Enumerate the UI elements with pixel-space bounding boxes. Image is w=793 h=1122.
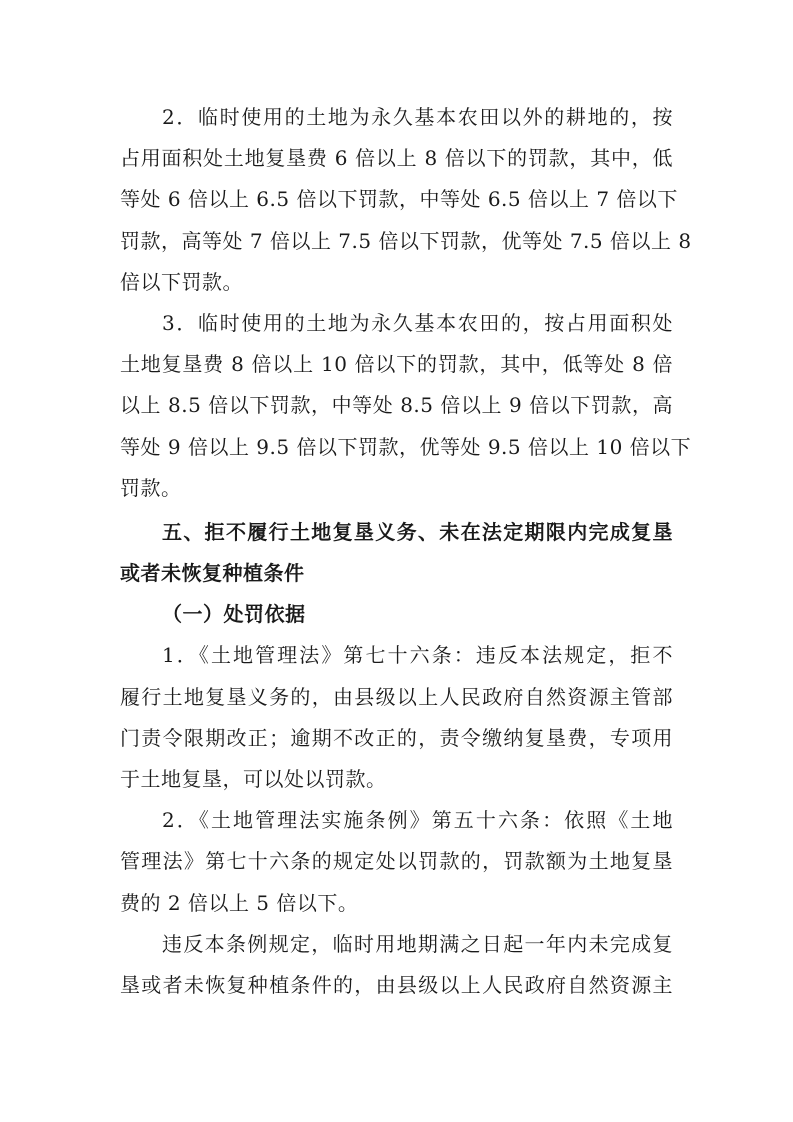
section-heading: 五、拒不履行土地复垦义务、未在法定期限内完成复垦 或者未恢复种植条件 — [120, 512, 673, 594]
paragraph-2: 2．临时使用的土地为永久基本农田以外的耕地的，按 占用面积处土地复垦费 6 倍以… — [120, 97, 673, 303]
paragraph-3: 3．临时使用的土地为永久基本农田的，按占用面积处 土地复垦费 8 倍以上 10 … — [120, 303, 673, 509]
text-line: 2．《土地管理法实施条例》第五十六条：依照《土地 — [120, 800, 673, 841]
document-page: 2．临时使用的土地为永久基本农田以外的耕地的，按 占用面积处土地复垦费 6 倍以… — [120, 97, 673, 1006]
text-line: 倍以下罚款。 — [120, 262, 673, 303]
text-line: 费的 2 倍以上 5 倍以下。 — [120, 883, 673, 924]
text-line: 3．临时使用的土地为永久基本农田的，按占用面积处 — [120, 303, 673, 344]
basis-2: 2．《土地管理法实施条例》第五十六条：依照《土地 管理法》第七十六条的规定处以罚… — [120, 800, 673, 924]
text-line: 2．临时使用的土地为永久基本农田以外的耕地的，按 — [120, 97, 673, 138]
text-line: 罚款。 — [120, 468, 673, 509]
text-line: 等处 6 倍以上 6.5 倍以下罚款，中等处 6.5 倍以上 7 倍以下 — [120, 179, 673, 220]
text-line: 垦或者未恢复种植条件的，由县级以上人民政府自然资源主 — [120, 965, 673, 1006]
text-line: 等处 9 倍以上 9.5 倍以下罚款，优等处 9.5 倍以上 10 倍以下 — [120, 427, 673, 468]
subheading: （一）处罚依据 — [120, 594, 673, 635]
text-line: 占用面积处土地复垦费 6 倍以上 8 倍以下的罚款，其中，低 — [120, 138, 673, 179]
text-line: 1．《土地管理法》第七十六条：违反本法规定，拒不 — [120, 635, 673, 676]
text-line: 于土地复垦，可以处以罚款。 — [120, 759, 673, 800]
text-line: 以上 8.5 倍以下罚款，中等处 8.5 倍以上 9 倍以下罚款，高 — [120, 385, 673, 426]
heading-line: 或者未恢复种植条件 — [120, 553, 673, 594]
basis-1: 1．《土地管理法》第七十六条：违反本法规定，拒不 履行土地复垦义务的，由县级以上… — [120, 635, 673, 800]
heading-line: 五、拒不履行土地复垦义务、未在法定期限内完成复垦 — [120, 512, 673, 553]
basis-3: 违反本条例规定，临时用地期满之日起一年内未完成复 垦或者未恢复种植条件的，由县级… — [120, 924, 673, 1006]
text-line: 管理法》第七十六条的规定处以罚款的，罚款额为土地复垦 — [120, 841, 673, 882]
text-line: 履行土地复垦义务的，由县级以上人民政府自然资源主管部 — [120, 677, 673, 718]
text-line: 土地复垦费 8 倍以上 10 倍以下的罚款，其中，低等处 8 倍 — [120, 344, 673, 385]
text-line: 门责令限期改正；逾期不改正的，责令缴纳复垦费，专项用 — [120, 718, 673, 759]
text-line: 违反本条例规定，临时用地期满之日起一年内未完成复 — [120, 924, 673, 965]
text-line: 罚款，高等处 7 倍以上 7.5 倍以下罚款，优等处 7.5 倍以上 8 — [120, 221, 673, 262]
